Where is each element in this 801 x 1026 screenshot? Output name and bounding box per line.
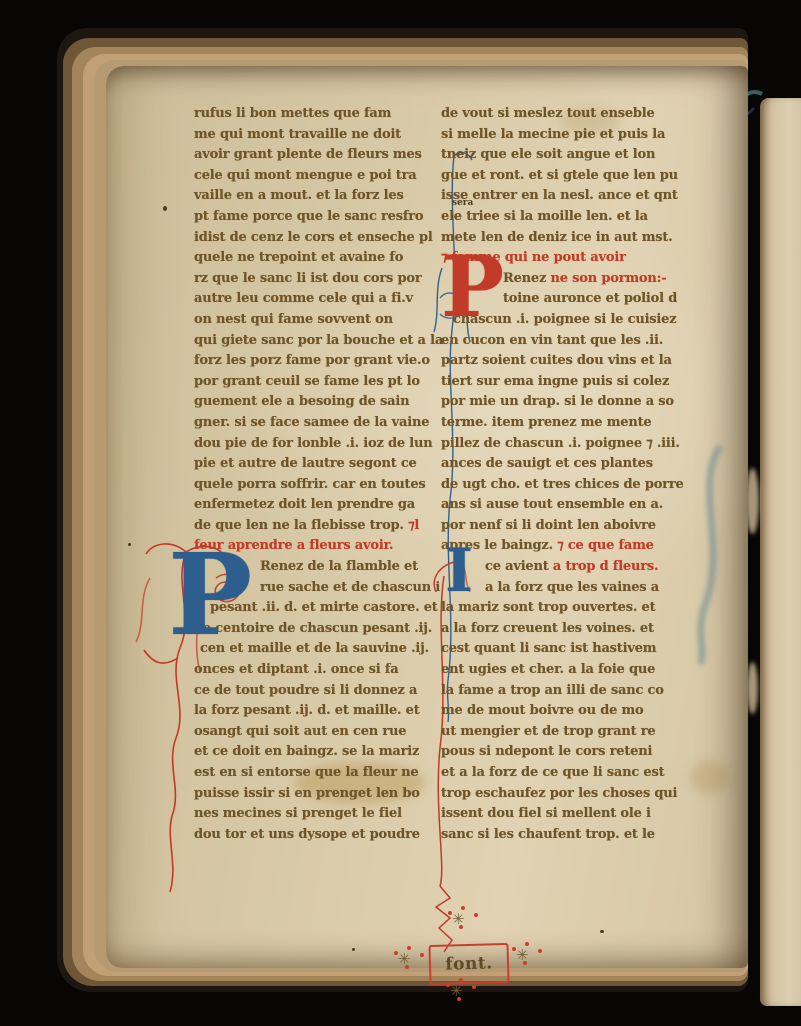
text-column-right: de vout si meslez tout enseblesi melle l… [441, 104, 703, 845]
text-line: dou pie de for lonble .i. ioz de lun [194, 434, 444, 455]
text-line: quele ne trepoint et avaine fo [194, 248, 444, 269]
text-line: et a la forz de ce que li sanc est [441, 763, 703, 784]
text-line: ent ugies et cher. a la foie que [441, 660, 703, 681]
text-line: ans si ause tout ensemble en a. [441, 495, 703, 516]
facing-page-edge [760, 98, 801, 1006]
text-line: vaille en a mout. et la forz les [194, 186, 444, 207]
text-line: terme. item prenez me mente [441, 413, 703, 434]
text-line: onces et diptant .i. once si fa [194, 660, 444, 681]
decorated-initial-I-blue: I [445, 548, 473, 595]
text-line: ele triee si la moille len. et la [441, 207, 703, 228]
parchment-speck [600, 930, 604, 933]
text-line: la mariz sont trop ouvertes. et [441, 598, 703, 619]
text-line: on nest qui fame sovvent on [194, 310, 444, 331]
sprig-ornament-icon: ✳ [516, 948, 529, 963]
text-line: por mie un drap. si le donne a so [441, 392, 703, 413]
text-line: sanc si les chaufent trop. et le [441, 825, 703, 846]
text-line: forz les porz fame por grant vie.o [194, 351, 444, 372]
text-line: nes mecines si prenget le fiel [194, 804, 444, 825]
decorated-initial-P-red: P [441, 254, 504, 320]
text-line: por grant ceuil se fame les pt lo [194, 372, 444, 393]
text-line: ances de sauigt et ces plantes [441, 454, 703, 475]
text-line: cele qui mont mengue e poi tra [194, 166, 444, 187]
text-line: issent dou fiel si mellent ole i [441, 804, 703, 825]
text-line: ce de tout poudre si li donnez a [194, 681, 444, 702]
text-line: trop eschaufez por les choses qui [441, 784, 703, 805]
text-line: rz que le sanc li ist dou cors por [194, 269, 444, 290]
text-line: ce avient a trop d fleurs. [441, 557, 703, 578]
text-line: la fame a trop an illi de sanc co [441, 681, 703, 702]
text-line: enfermetez doit len prendre ga [194, 495, 444, 516]
text-line: pt fame porce que le sanc resfro [194, 207, 444, 228]
text-line: pillez de chascun .i. poignee ⁊ .iii. [441, 434, 703, 455]
text-line: pous si ndepont le cors reteni [441, 742, 703, 763]
text-line: quele porra soffrir. car en toutes [194, 475, 444, 496]
parchment-speck [163, 206, 167, 211]
text-line: tiert sur ema ingne puis si colez [441, 372, 703, 393]
gutter-sewing-fibers [747, 662, 758, 714]
catchword-frame: font. [428, 943, 509, 985]
text-line: pie et autre de lautre segont ce [194, 454, 444, 475]
sprig-ornament-icon: ✳ [450, 984, 463, 999]
text-line: gue et ront. et si gtele que len pu [441, 166, 703, 187]
text-line: ut mengier et de trop grant re [441, 722, 703, 743]
text-line: apres le baingz. ⁊ ce que fame [441, 536, 703, 557]
text-line: partz soient cuites dou vins et la [441, 351, 703, 372]
text-line: puisse issir si en prenget len bo [194, 784, 444, 805]
text-line: idist de cenz le cors et enseche pl [194, 228, 444, 249]
text-line: isse entrer en la nesl. ance et qnt [441, 186, 703, 207]
manuscript-photo: rufus li bon mettes que famme qui mont t… [0, 0, 801, 1026]
text-line: tneiz que ele soit angue et lon [441, 145, 703, 166]
text-line: guement ele a besoing de sain [194, 392, 444, 413]
text-line: autre leu comme cele qui a fi.v [194, 289, 444, 310]
text-line: rufus li bon mettes que fam [194, 104, 444, 125]
parchment-speck [352, 948, 355, 951]
text-line: me de mout boivre ou de mo [441, 701, 703, 722]
text-line: gner. si se face samee de la vaine [194, 413, 444, 434]
text-line: a la forz que les vaines a [441, 578, 703, 599]
sprig-ornament-icon: ✳ [398, 952, 411, 967]
text-line: dou tor et uns dysope et poudre [194, 825, 444, 846]
text-line: si melle la mecine pie et puis la [441, 125, 703, 146]
interlinear-gloss: sera [452, 198, 473, 208]
text-line: de vout si meslez tout enseble [441, 104, 703, 125]
text-line: a la forz creuent les voines. et [441, 619, 703, 640]
text-line: qui giete sanc por la bouche et a la [194, 331, 444, 352]
text-line: por nenf si li doint len aboivre [441, 516, 703, 537]
text-column-left: rufus li bon mettes que famme qui mont t… [194, 104, 444, 845]
text-line: et ce doit en baingz. se la mariz [194, 742, 444, 763]
text-line: avoir grant plente de fleurs mes [194, 145, 444, 166]
sprig-ornament-icon: ✳ [452, 912, 465, 927]
text-line: osangt qui soit aut en cen rue [194, 722, 444, 743]
text-line: est en si entorse que la fleur ne [194, 763, 444, 784]
text-line: la forz pesant .ij. d. et maille. et [194, 701, 444, 722]
text-line: de ugt cho. et tres chices de porre [441, 475, 703, 496]
decorated-initial-P-blue: P [168, 552, 252, 639]
catchword-text: font. [445, 953, 493, 974]
text-line: cest quant li sanc ist hastivem [441, 639, 703, 660]
text-line: me qui mont travaille ne doit [194, 125, 444, 146]
